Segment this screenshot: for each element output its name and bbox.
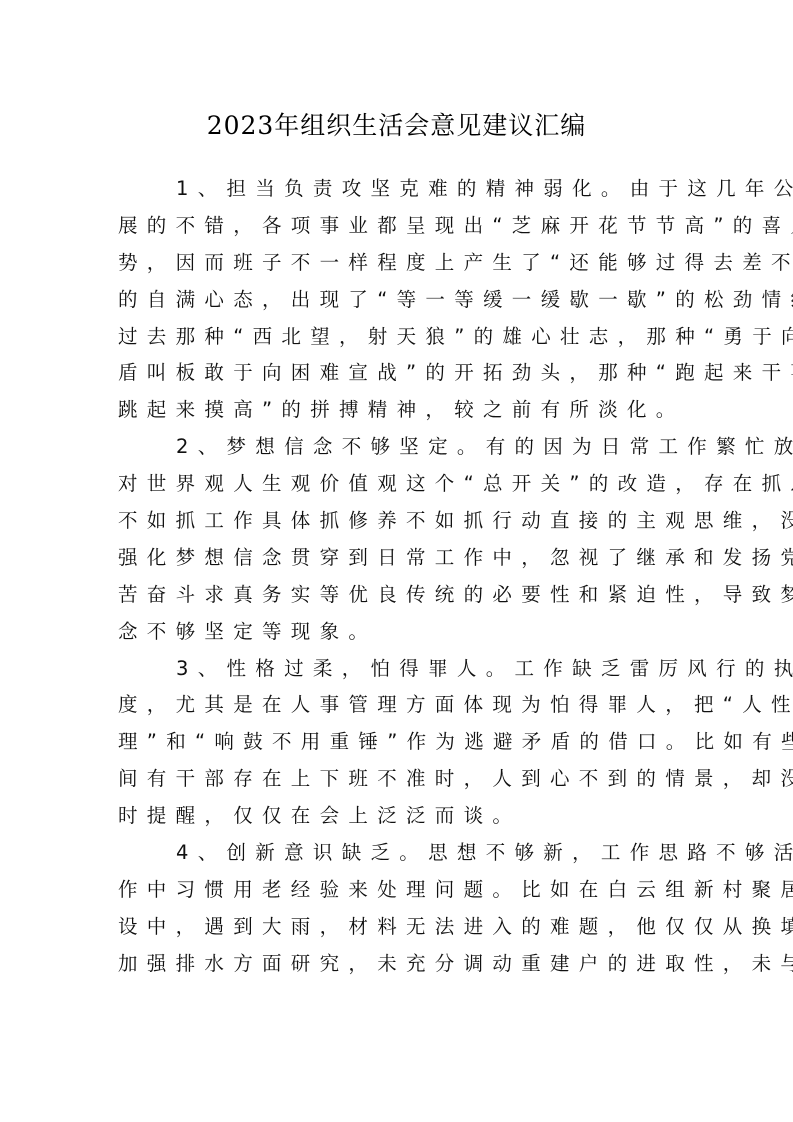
paragraph-line: 理”和“响鼓不用重锤”作为逃避矛盾的借口。比如有些时: [118, 724, 674, 761]
paragraph-line: 度，尤其是在人事管理方面体现为怕得罪人，把“人性化管: [118, 687, 674, 724]
paragraph-line: 过去那种“西北望，射天狼”的雄心壮志，那种“勇于向矛: [118, 319, 674, 356]
paragraph-line: 强化梦想信念贯穿到日常工作中，忽视了继承和发扬党的艰: [118, 540, 674, 577]
paragraph-line: 间有干部存在上下班不准时，人到心不到的情景，却没有及: [118, 761, 674, 798]
paragraph-line: 盾叫板敢于向困难宣战”的开拓劲头，那种“跑起来干事，: [118, 355, 674, 392]
paragraph-line: 势，因而班子不一样程度上产生了“还能够过得去差不多”: [118, 245, 674, 282]
paragraph-line: 加强排水方面研究，未充分调动重建户的进取性，未与重建: [118, 946, 674, 983]
paragraph-line: 设中，遇到大雨，材料无法进入的难题，他仅仅从换填道路，: [118, 909, 674, 946]
paragraph-line: 4、创新意识缺乏。思想不够新，工作思路不够活，工: [118, 835, 674, 872]
paragraph-line: 3、性格过柔，怕得罪人。工作缺乏雷厉风行的执行力: [118, 651, 674, 688]
document-title: 2023年组织生活会意见建议汇编: [0, 106, 793, 146]
paragraph-line: 不如抓工作具体抓修养不如抓行动直接的主观思维，没有把: [118, 503, 674, 540]
paragraph-line: 跳起来摸高”的拼搏精神，较之前有所淡化。: [118, 392, 674, 429]
paragraph-2: 2、梦想信念不够坚定。有的因为日常工作繁忙放松了 对世界观人生观价值观这个“总开…: [118, 429, 674, 650]
paragraph-line: 时提醒，仅仅在会上泛泛而谈。: [118, 798, 674, 835]
paragraph-line: 念不够坚定等现象。: [118, 614, 674, 651]
paragraph-line: 1、担当负责攻坚克难的精神弱化。由于这几年公司发: [118, 171, 674, 208]
paragraph-line: 对世界观人生观价值观这个“总开关”的改造，存在抓思想: [118, 466, 674, 503]
paragraph-line: 展的不错，各项事业都呈现出“芝麻开花节节高”的喜人态: [118, 208, 674, 245]
paragraph-line: 2、梦想信念不够坚定。有的因为日常工作繁忙放松了: [118, 429, 674, 466]
paragraph-line: 作中习惯用老经验来处理问题。比如在白云组新村聚居点建: [118, 872, 674, 909]
paragraph-3: 3、性格过柔，怕得罪人。工作缺乏雷厉风行的执行力 度，尤其是在人事管理方面体现为…: [118, 651, 674, 835]
paragraph-line: 苦奋斗求真务实等优良传统的必要性和紧迫性，导致梦想信: [118, 577, 674, 614]
document-body: 1、担当负责攻坚克难的精神弱化。由于这几年公司发 展的不错，各项事业都呈现出“芝…: [118, 171, 674, 983]
document-page: 2023年组织生活会意见建议汇编 1、担当负责攻坚克难的精神弱化。由于这几年公司…: [0, 0, 793, 1122]
paragraph-line: 的自满心态，出现了“等一等缓一缓歇一歇”的松劲情绪，: [118, 282, 674, 319]
paragraph-1: 1、担当负责攻坚克难的精神弱化。由于这几年公司发 展的不错，各项事业都呈现出“芝…: [118, 171, 674, 429]
paragraph-4: 4、创新意识缺乏。思想不够新，工作思路不够活，工 作中习惯用老经验来处理问题。比…: [118, 835, 674, 983]
